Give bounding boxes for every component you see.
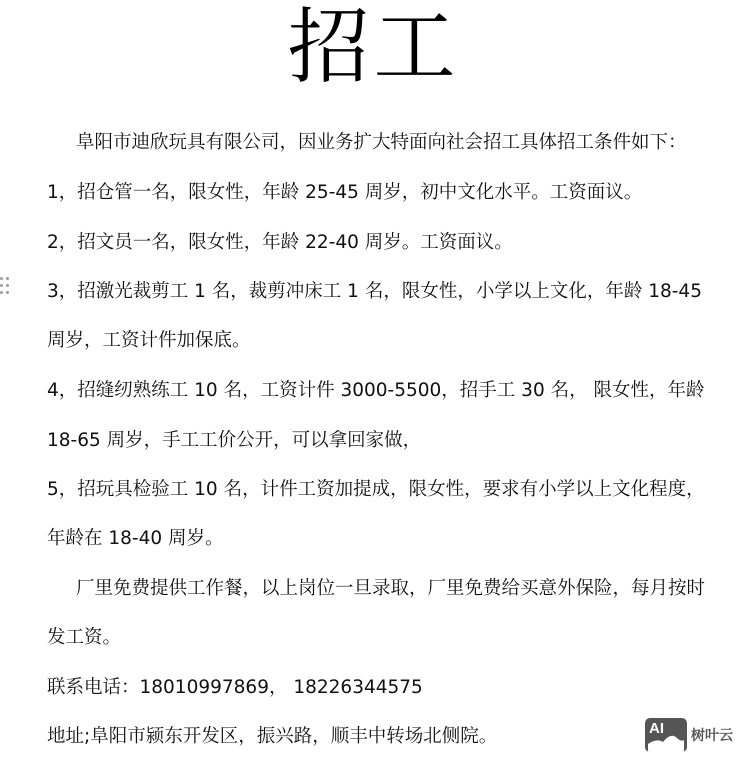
job-item-2: 2，招文员一名，限女性，年龄 22-40 周岁。工资面议。	[47, 228, 513, 254]
drag-handle-icon[interactable]	[0, 277, 10, 295]
watermark-text: 树叶云	[691, 725, 733, 745]
watermark: AI 树叶云	[645, 718, 733, 752]
intro-paragraph: 阜阳市迪欣玩具有限公司，因业务扩大特面向社会招工具体招工条件如下：	[76, 128, 687, 154]
benefits-paragraph: 厂里免费提供工作餐，以上岗位一旦录取，厂里免费给买意外保险，每月按时	[76, 574, 705, 600]
job-item-3-cont: 周岁，工资计件加保底。	[47, 326, 251, 352]
job-item-3: 3，招激光裁剪工 1 名，裁剪冲床工 1 名，限女性，小学以上文化，年龄 18-…	[47, 277, 702, 303]
job-item-4: 4，招缝纫熟练工 10 名，工资计件 3000-5500，招手工 30 名， 限…	[47, 376, 704, 402]
contact-phone: 联系电话：18010997869， 18226344575	[47, 673, 423, 699]
job-item-5-cont: 年龄在 18-40 周岁。	[47, 524, 224, 550]
job-item-4-cont: 18-65 周岁，手工工价公开，可以拿回家做，	[47, 426, 421, 452]
page-title: 招工	[0, 2, 747, 94]
job-item-1: 1，招仓管一名，限女性，年龄 25-45 周岁，初中文化水平。工资面议。	[47, 178, 642, 204]
ai-image-icon: AI	[645, 718, 687, 752]
address: 地址;阜阳市颍东开发区，振兴路，顺丰中转场北侧院。	[47, 722, 497, 748]
job-item-5: 5，招玩具检验工 10 名，计件工资加提成，限女性，要求有小学以上文化程度，	[47, 475, 705, 501]
benefits-paragraph-cont: 发工资。	[47, 623, 121, 649]
